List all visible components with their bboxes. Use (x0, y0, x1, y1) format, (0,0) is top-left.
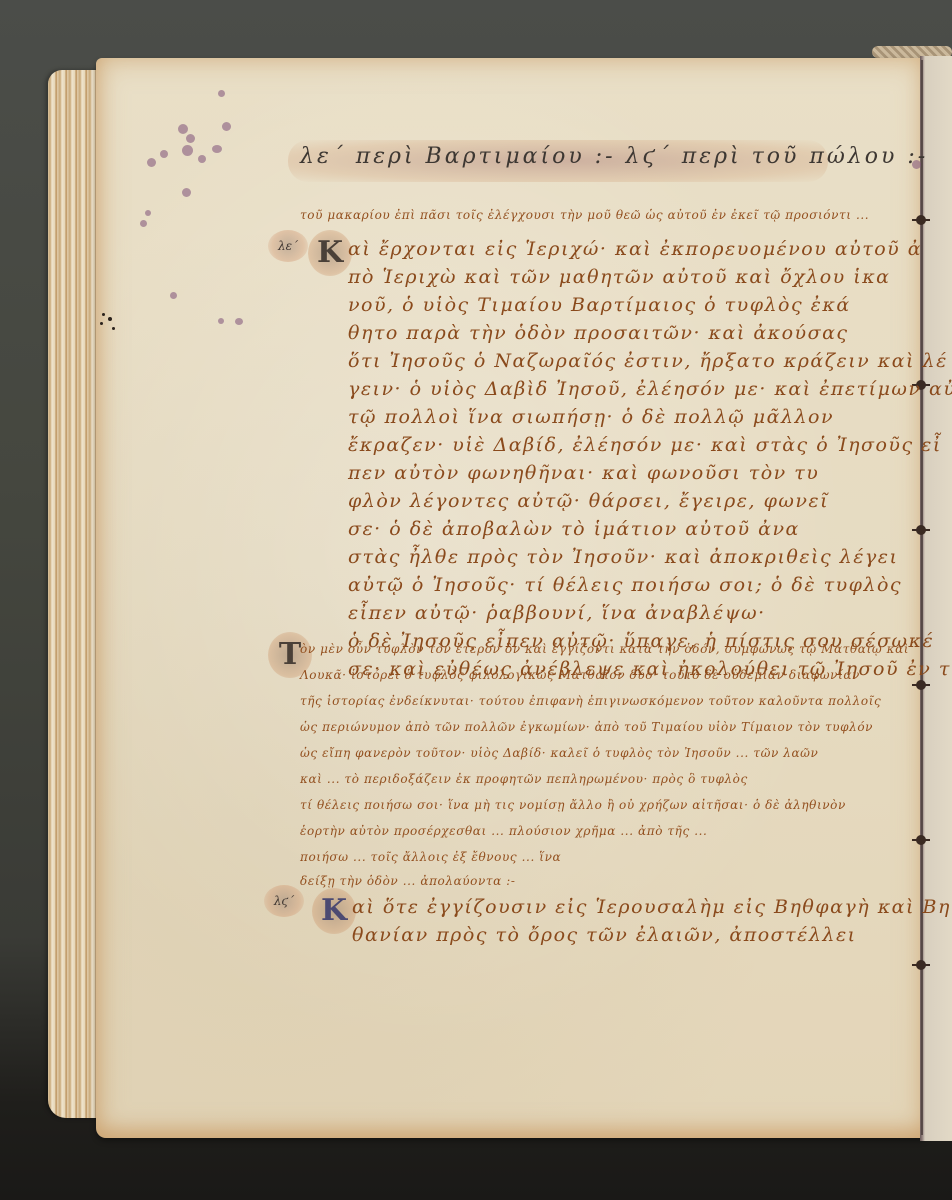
manuscript-photo: λε΄ περὶ Βαρτιμαίου :- λϛ΄ περὶ τοῦ πώλο… (0, 0, 952, 1200)
sewing-station-icon (912, 835, 930, 845)
text-line: ὸν μὲν οὖν τυφλὸν τὸν ἕτερον ὃν καὶ ἐγγί… (300, 642, 909, 656)
text-line: δείξῃ τὴν ὁδὸν ... ἀπολαύοντα :- (300, 874, 516, 888)
text-line: καὶ ... τὸ περιδοξάζειν ἐκ προφητῶν πεπλ… (300, 772, 748, 786)
text-line: αὶ ὅτε ἐγγίζουσιν εἰς Ἱερουσαλὴμ εἰς Βηθ… (352, 896, 951, 918)
text-line: θανίαν πρὸς τὸ ὄρος τῶν ἐλαιῶν, ἀποστέλλ… (352, 924, 857, 946)
text-line: ἔκραζεν· υἱὲ Δαβίδ, ἐλέησόν με· καὶ στὰς… (348, 434, 942, 456)
text-line: τοῦ μακαρίου ἐπὶ πᾶσι τοῖς ἐλέγχουσι τὴν… (300, 208, 869, 222)
text-line: στὰς ἦλθε πρὸς τὸν Ἰησοῦν· καὶ ἀποκριθεὶ… (348, 546, 898, 568)
sewing-station-icon (912, 525, 930, 535)
text-line: τῷ πολλοὶ ἵνα σιωπήσῃ· ὁ δὲ πολλῷ μᾶλλον (348, 406, 834, 428)
decorated-initial: Κ (312, 888, 356, 934)
text-line: ὡς περιώνυμον ἀπὸ τῶν πολλῶν ἐγκωμίων· ἀ… (300, 720, 873, 734)
sewing-station-icon (912, 215, 930, 225)
sewing-station-icon (912, 680, 930, 690)
text-line: φλὸν λέγοντες αὐτῷ· θάρσει, ἔγειρε, φωνε… (348, 490, 829, 512)
text-line: γειν· ὁ υἱὸς Δαβὶδ Ἰησοῦ, ἐλέησόν με· κα… (348, 378, 952, 400)
text-line: πὸ Ἱεριχὼ καὶ τῶν μαθητῶν αὐτοῦ καὶ ὄχλο… (348, 266, 891, 288)
text-line: σε· ὁ δὲ ἀποβαλὼν τὸ ἱμάτιον αὐτοῦ ἀνα (348, 518, 800, 540)
text-line: ὅτι Ἰησοῦς ὁ Ναζωραῖός ἐστιν, ἤρξατο κρά… (348, 350, 948, 372)
text-line: ποιήσω ... τοῖς ἄλλοις ἐξ ἔθνους ... ἵνα (300, 850, 561, 864)
sewing-station-icon (912, 960, 930, 970)
text-line: νοῦ, ὁ υἱὸς Τιμαίου Βαρτίμαιος ὁ τυφλὸς … (348, 294, 851, 316)
margin-number: λε΄ (268, 230, 308, 262)
text-line: ὡς εἴπη φανερὸν τοῦτον· υἱὸς Δαβίδ· καλε… (300, 746, 818, 760)
decorated-initial: Κ (308, 230, 352, 276)
text-line: τῆς ἱστορίας ἐνδείκνυται· τούτου ἐπιφανὴ… (300, 694, 881, 708)
text-line: εἶπεν αὐτῷ· ῥαββουνί, ἵνα ἀναβλέψω· (348, 602, 766, 624)
text-line: θητο παρὰ τὴν ὁδὸν προσαιτῶν· καὶ ἀκούσα… (348, 322, 849, 344)
text-line: τί θέλεις ποιήσω σοι· ἵνα μὴ τις νομίσῃ … (300, 798, 846, 812)
text-line: αὶ ἔρχονται εἰς Ἱεριχώ· καὶ ἐκπορευομένο… (348, 238, 922, 260)
text-line: πεν αὐτὸν φωνηθῆναι· καὶ φωνοῦσι τὸν τυ (348, 462, 819, 484)
text-line: αὐτῷ ὁ Ἰησοῦς· τί θέλεις ποιήσω σοι; ὁ δ… (348, 574, 902, 596)
text-line: Λουκᾶ· ἱστόρει ὁ τυφλὸς φιλολογικῶς Ματθ… (300, 668, 860, 682)
margin-number: λϛ΄ (264, 885, 304, 917)
text-line: ἑορτὴν αὐτὸν προσέρχεσθαι ... πλούσιον χ… (300, 824, 707, 838)
chapter-titles: λε΄ περὶ Βαρτιμαίου :- λϛ΄ περὶ τοῦ πώλο… (300, 144, 928, 169)
